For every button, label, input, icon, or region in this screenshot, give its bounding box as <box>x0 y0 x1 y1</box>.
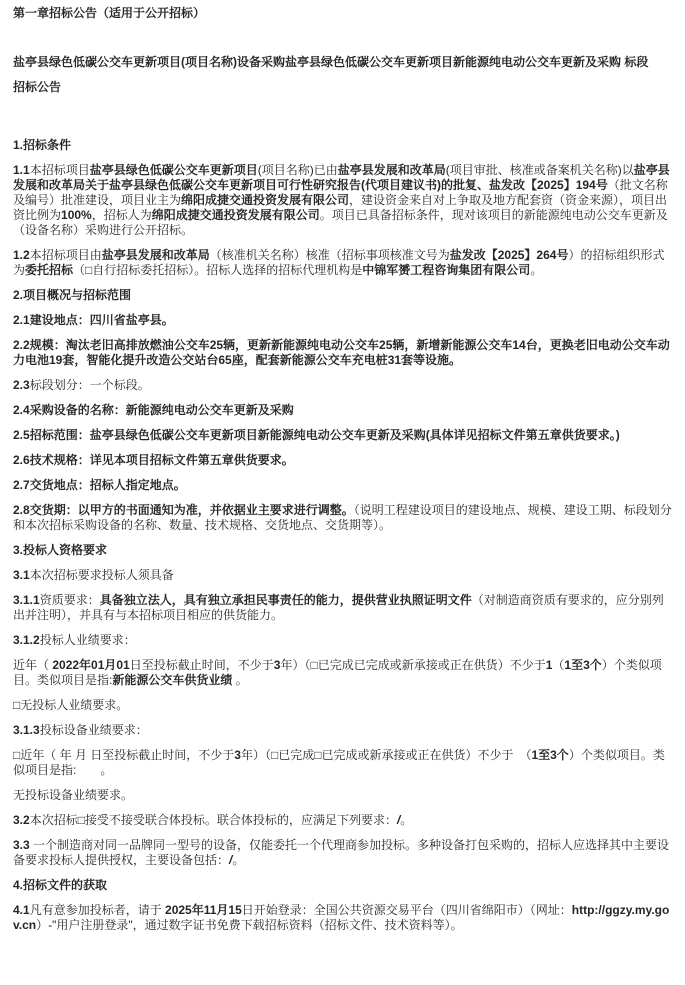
project-title: 盐亭县绿色低碳公交车更新项目(项目名称)设备采购盐亭县绿色低碳公交车更新项目新能… <box>13 55 675 70</box>
clause-2-7: 2.7交货地点：招标人指定地点。 <box>13 478 675 493</box>
clause-3-1-1-run-2: 具备独立法人，具有独立承担民事责任的能力，提供营业执照证明文件 <box>100 593 472 607</box>
clause-3-2-run-3: 。 <box>400 813 412 827</box>
chapter-title-run-0: 第一章招标公告（适用于公开招标） <box>13 6 205 20</box>
clause-2-6: 2.6技术规格：详见本项目招标文件第五章供货要求。 <box>13 453 675 468</box>
clause-1-2-run-4: 盐发改【2025】264号 <box>450 248 569 262</box>
clause-3-1-2-run-0: 3.1.2 <box>13 633 40 647</box>
clause-2-2: 2.2规模：淘汰老旧高排放燃油公交车25辆，更新新能源纯电动公交车25辆，新增新… <box>13 338 675 368</box>
clause-2-6-run-0: 2.6 <box>13 453 30 467</box>
clause-2-8: 2.8交货期：以甲方的书面通知为准，并依据业主要求进行调整。（说明工程建设项目的… <box>13 503 675 533</box>
announcement-title-run-0: 招标公告 <box>13 80 61 94</box>
clause-2-1-run-1: 建设地点：四川省盐亭县。 <box>30 313 174 327</box>
clause-3-1: 3.1本次招标要求投标人须具备 <box>13 568 675 583</box>
clause-2-4-run-1: 采购设备的名称：新能源纯电动公交车更新及采购 <box>30 403 294 417</box>
clause-3-1-2-detail-run-0: 近年（ <box>13 658 52 672</box>
clause-3-1-1: 3.1.1资质要求：具备独立法人，具有独立承担民事责任的能力，提供营业执照证明文… <box>13 593 675 623</box>
clause-3-1-1-run-0: 3.1.1 <box>13 593 40 607</box>
clause-1-1-run-4: 盐亭县发展和改革局 <box>338 163 446 177</box>
clause-2-1: 2.1建设地点：四川省盐亭县。 <box>13 313 675 328</box>
clause-2-3-run-1: 标段划分：一个标段。 <box>30 378 150 392</box>
clause-1-1: 1.1本招标项目盐亭县绿色低碳公交车更新项目(项目名称)已由盐亭县发展和改革局(… <box>13 163 675 238</box>
clause-3-2: 3.2本次招标□接受不接受联合体投标。联合体投标的，应满足下列要求：/。 <box>13 813 675 828</box>
clause-1-1-run-0: 1.1 <box>13 163 30 177</box>
clause-1-2-run-6: 委托招标 <box>25 263 73 277</box>
clause-3-1-2-detail-run-9: 新能源公交车供货业绩 <box>112 673 232 687</box>
clause-3-1-3: 3.1.3投标设备业绩要求： <box>13 723 675 738</box>
clause-3-1-3-detail-run-2: 年）（□已完成□已完成或新承接或正在供货）不少于 （ <box>241 748 532 762</box>
clause-3-1-2-detail-run-10: 。 <box>232 673 247 687</box>
clause-2-5-run-1: 招标范围：盐亭县绿色低碳公交车更新项目新能源纯电动公交车更新及采购(具体详见招标… <box>30 428 620 442</box>
clause-1-1-run-1: 本招标项目 <box>30 163 90 177</box>
clause-3-1-3-detail-run-0: □近年（ 年 月 日至投标截止时间，不少于 <box>13 748 234 762</box>
section-4-heading-run-0: 4.招标文件的获取 <box>13 878 107 892</box>
clause-3-2-run-0: 3.2 <box>13 813 30 827</box>
section-3-heading-run-0: 3.投标人资格要求 <box>13 543 107 557</box>
clause-3-1-3-detail-run-3: 1至3个 <box>531 748 568 762</box>
clause-3-1-2: 3.1.2投标人业绩要求： <box>13 633 675 648</box>
clause-4-1-run-0: 4.1 <box>13 903 30 917</box>
section-1-heading: 1.招标条件 <box>13 138 675 153</box>
no-equipment-record-run-0: 无投标设备业绩要求。 <box>13 788 133 802</box>
clause-1-1-run-2: 盐亭县绿色低碳公交车更新项目 <box>90 163 258 177</box>
clause-1-2-run-9: 。 <box>530 263 542 277</box>
clause-3-1-3-detail: □近年（ 年 月 日至投标截止时间，不少于3年）（□已完成□已完成或新承接或正在… <box>13 748 675 778</box>
clause-1-1-run-8: 绵阳成捷交通投资发展有限公司 <box>181 193 349 207</box>
clause-3-1-2-run-1: 投标人业绩要求： <box>40 633 136 647</box>
announcement-title: 招标公告 <box>13 80 675 95</box>
document-page: 第一章招标公告（适用于公开招标）盐亭县绿色低碳公交车更新项目(项目名称)设备采购… <box>0 0 685 985</box>
clause-3-3-run-0: 3.3 <box>13 838 30 852</box>
clause-3-1-2-detail-run-7: 1至3个 <box>564 658 601 672</box>
clause-3-1-run-1: 本次招标要求投标人须具备 <box>30 568 174 582</box>
clause-3-1-1-run-1: 资质要求： <box>40 593 100 607</box>
clause-3-3: 3.3 一个制造商对同一品牌同一型号的设备，仅能委托一个代理商参加投标。多种设备… <box>13 838 675 868</box>
document-body: 第一章招标公告（适用于公开招标）盐亭县绿色低碳公交车更新项目(项目名称)设备采购… <box>13 6 675 933</box>
section-1-heading-run-0: 1.招标条件 <box>13 138 71 152</box>
clause-1-1-run-3: (项目名称)已由 <box>258 163 338 177</box>
clause-1-2-run-1: 本招标项目由 <box>30 248 102 262</box>
clause-2-3-run-0: 2.3 <box>13 378 30 392</box>
section-2-heading: 2.项目概况与招标范围 <box>13 288 675 303</box>
section-3-heading: 3.投标人资格要求 <box>13 543 675 558</box>
clause-2-2-run-0: 2.2 <box>13 338 30 352</box>
clause-1-1-run-10: 100% <box>61 208 92 222</box>
clause-4-1: 4.1凡有意参加投标者，请于 2025年11月15日开始登录：全国公共资源交易平… <box>13 903 675 933</box>
clause-1-2-run-2: 盐亭县发展和改革局 <box>102 248 210 262</box>
clause-2-7-run-1: 交货地点：招标人指定地点。 <box>30 478 186 492</box>
clause-2-1-run-0: 2.1 <box>13 313 30 327</box>
clause-3-3-run-3: 。 <box>232 853 244 867</box>
no-equipment-record: 无投标设备业绩要求。 <box>13 788 675 803</box>
section-4-heading: 4.招标文件的获取 <box>13 878 675 893</box>
clause-4-1-run-3: 日开始登录：全国公共资源交易平台（四川省绵阳市）（网址： <box>242 903 572 917</box>
clause-2-2-run-1: 规模：淘汰老旧高排放燃油公交车25辆，更新新能源纯电动公交车25辆，新增新能源公… <box>13 338 670 367</box>
clause-1-2-run-7: （□自行招标委托招标）。招标人选择的招标代理机构是 <box>73 263 362 277</box>
chapter-title: 第一章招标公告（适用于公开招标） <box>13 6 675 21</box>
clause-2-5-run-0: 2.5 <box>13 428 30 442</box>
clause-2-8-run-0: 2.8 <box>13 503 30 517</box>
clause-3-1-2-detail-run-4: 年）（□已完成已完成或新承接或正在供货）不少于 <box>280 658 545 672</box>
clause-3-2-run-1: 本次招标□接受不接受联合体投标。联合体投标的，应满足下列要求： <box>30 813 397 827</box>
clause-2-3: 2.3标段划分：一个标段。 <box>13 378 675 393</box>
clause-3-1-3-detail-run-1: 3 <box>234 748 241 762</box>
section-2-heading-run-0: 2.项目概况与招标范围 <box>13 288 131 302</box>
clause-1-2: 1.2本招标项目由盐亭县发展和改革局（核准机关名称）核准（招标事项核准文号为盐发… <box>13 248 675 278</box>
no-bidder-record: □无投标人业绩要求。 <box>13 698 675 713</box>
clause-1-1-run-5: (项目审批、核准或备案机关名称)以 <box>446 163 634 177</box>
clause-2-8-run-1: 交货期：以甲方的书面通知为准，并依据业主要求进行调整。 <box>30 503 354 517</box>
clause-4-1-run-5: ）-"用户注册登录"，通过数字证书免费下载招标资料（招标文件、技术资料等）。 <box>36 918 463 932</box>
clause-3-1-3-run-1: 投标设备业绩要求： <box>40 723 148 737</box>
clause-3-1-run-0: 3.1 <box>13 568 30 582</box>
clause-3-1-2-detail-run-6: （ <box>552 658 564 672</box>
clause-2-4-run-0: 2.4 <box>13 403 30 417</box>
clause-1-2-run-8: 中锦军赟工程咨询集团有限公司 <box>362 263 530 277</box>
clause-4-1-run-2: 2025年11月15 <box>165 903 242 917</box>
clause-1-2-run-0: 1.2 <box>13 248 30 262</box>
clause-3-1-3-run-0: 3.1.3 <box>13 723 40 737</box>
clause-3-1-2-detail-run-2: 日至投标截止时间，不少于 <box>130 658 274 672</box>
clause-3-1-2-detail-run-1: 2022年01月01 <box>52 658 129 672</box>
no-bidder-record-run-0: □无投标人业绩要求。 <box>13 698 128 712</box>
clause-1-1-run-11: ，招标人为 <box>92 208 152 222</box>
clause-2-5: 2.5招标范围：盐亭县绿色低碳公交车更新项目新能源纯电动公交车更新及采购(具体详… <box>13 428 675 443</box>
clause-2-7-run-0: 2.7 <box>13 478 30 492</box>
clause-2-6-run-1: 技术规格：详见本项目招标文件第五章供货要求。 <box>30 453 294 467</box>
clause-1-1-run-12: 绵阳成捷交通投资发展有限公司 <box>152 208 320 222</box>
clause-4-1-run-1: 凡有意参加投标者，请于 <box>30 903 165 917</box>
project-title-run-0: 盐亭县绿色低碳公交车更新项目(项目名称)设备采购盐亭县绿色低碳公交车更新项目新能… <box>13 55 648 69</box>
clause-3-3-run-1: 一个制造商对同一品牌同一型号的设备，仅能委托一个代理商参加投标。多种设备打包采购… <box>13 838 669 867</box>
clause-2-4: 2.4采购设备的名称：新能源纯电动公交车更新及采购 <box>13 403 675 418</box>
clause-1-2-run-3: （核准机关名称）核准（招标事项核准文号为 <box>210 248 450 262</box>
clause-3-1-2-detail: 近年（ 2022年01月01日至投标截止时间，不少于3年）（□已完成已完成或新承… <box>13 658 675 688</box>
